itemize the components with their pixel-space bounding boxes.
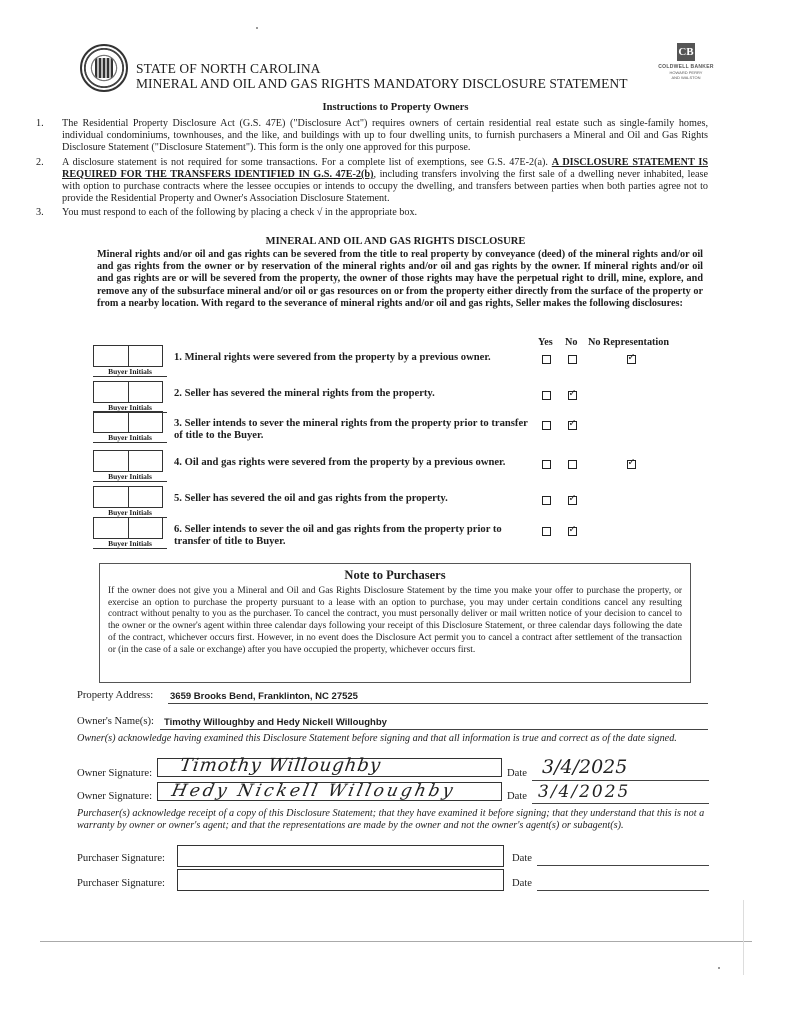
checkbox-no[interactable] [568, 355, 577, 364]
disclosure-row: Buyer Initials3. Seller intends to sever… [93, 411, 713, 447]
checkbox-yes[interactable] [542, 391, 551, 400]
checkbox-yes[interactable] [542, 496, 551, 505]
question-text: 5. Seller has severed the oil and gas ri… [174, 493, 534, 505]
instruction-number: 2. [36, 157, 62, 206]
buyer-initials-box-1[interactable] [94, 412, 128, 432]
question-text: 6. Seller intends to sever the oil and g… [174, 524, 534, 548]
purchaser-date-1[interactable] [537, 852, 709, 866]
purchaser-signature-label: Purchaser Signature: [77, 853, 165, 864]
instruction-text: You must respond to each of the followin… [62, 207, 708, 219]
owner-date-1-value: 3/4/2025 [542, 756, 627, 778]
instruction-text-part: A disclosure statement is not required f… [62, 157, 552, 168]
purchaser-signature-label: Purchaser Signature: [77, 878, 165, 889]
instruction-item: 3. You must respond to each of the follo… [36, 207, 708, 219]
owner-signature-1[interactable]: Timothy Willoughby [157, 758, 502, 777]
nc-state-seal-icon [80, 44, 128, 92]
buyer-initials-box-2[interactable] [128, 346, 163, 366]
scan-edge-divider [743, 900, 744, 975]
buyer-initials-box-1[interactable] [94, 518, 128, 538]
owner-names-value: Timothy Willoughby and Hedy Nickell Will… [164, 717, 387, 728]
question-text: 2. Seller has severed the mineral rights… [174, 388, 534, 400]
owner-signature-2-value: Hedy Nickell Willoughby [170, 781, 458, 801]
scan-speck [256, 27, 258, 29]
instruction-item: 1. The Residential Property Disclosure A… [36, 118, 708, 155]
buyer-initials-box-1[interactable] [94, 382, 128, 402]
owner-signature-2[interactable]: Hedy Nickell Willoughby [157, 782, 502, 801]
buyer-initials-box-2[interactable] [128, 487, 163, 507]
buyer-initials-field[interactable] [93, 450, 163, 472]
checkbox-no[interactable] [568, 496, 577, 505]
property-address-field[interactable]: 3659 Brooks Bend, Franklinton, NC 27525 [168, 690, 708, 704]
purchaser-acknowledgment: Purchaser(s) acknowledge receipt of a co… [77, 808, 709, 832]
note-title: Note to Purchasers [100, 568, 690, 583]
checkbox-yes[interactable] [542, 355, 551, 364]
instructions-list: 1. The Residential Property Disclosure A… [36, 118, 708, 222]
buyer-initials-box-2[interactable] [128, 412, 163, 432]
owner-date-1[interactable]: 3/4/2025 [532, 762, 709, 781]
purchaser-signature-1[interactable] [177, 845, 504, 867]
page-footer-rule [40, 941, 752, 942]
date-label: Date [512, 878, 532, 889]
instruction-number: 1. [36, 118, 62, 155]
checkbox-yes[interactable] [542, 460, 551, 469]
owner-names-field[interactable]: Timothy Willoughby and Hedy Nickell Will… [160, 716, 708, 730]
checkbox-no-representation[interactable] [627, 460, 636, 469]
question-text: 1. Mineral rights were severed from the … [174, 352, 534, 364]
question-text: 4. Oil and gas rights were severed from … [174, 457, 534, 469]
owner-signature-label: Owner Signature: [77, 791, 152, 802]
state-title: STATE OF NORTH CAROLINA [136, 61, 321, 77]
note-to-purchasers: Note to Purchasers If the owner does not… [99, 563, 691, 683]
brokerage-logo-text: COLDWELL BANKER HOWARD PERRY AND WALSTON [650, 64, 722, 80]
checkbox-no[interactable] [568, 527, 577, 536]
date-label: Date [507, 768, 527, 779]
buyer-initials-box-1[interactable] [94, 451, 128, 471]
document-title: MINERAL AND OIL AND GAS RIGHTS MANDATORY… [136, 76, 628, 92]
disclosure-intro: Mineral rights and/or oil and gas rights… [97, 249, 703, 310]
checkbox-yes[interactable] [542, 421, 551, 430]
buyer-initials-box-1[interactable] [94, 346, 128, 366]
buyer-initials-field[interactable] [93, 345, 163, 367]
buyer-initials-box-2[interactable] [128, 518, 163, 538]
owner-signature-1-value: Timothy Willoughby [179, 755, 383, 776]
buyer-initials-label: Buyer Initials [93, 433, 167, 443]
owner-date-2-value: 3/4/2025 [538, 782, 630, 802]
disclosure-heading: MINERAL AND OIL AND GAS RIGHTS DISCLOSUR… [0, 236, 791, 247]
buyer-initials-field[interactable] [93, 517, 163, 539]
checkbox-no[interactable] [568, 391, 577, 400]
buyer-initials-field[interactable] [93, 411, 163, 433]
property-address-value: 3659 Brooks Bend, Franklinton, NC 27525 [170, 691, 358, 702]
instruction-item: 2. A disclosure statement is not require… [36, 157, 708, 206]
logo-sub2: AND WALSTON [650, 75, 722, 80]
buyer-initials-field[interactable] [93, 381, 163, 403]
owner-signature-label: Owner Signature: [77, 768, 152, 779]
checkbox-no[interactable] [568, 421, 577, 430]
property-address-label: Property Address: [77, 690, 153, 701]
buyer-initials-label: Buyer Initials [93, 367, 167, 377]
note-text: If the owner does not give you a Mineral… [108, 586, 682, 656]
instructions-heading: Instructions to Property Owners [0, 102, 791, 113]
disclosure-row: Buyer Initials6. Seller intends to sever… [93, 517, 713, 553]
instruction-text: A disclosure statement is not required f… [62, 157, 708, 206]
buyer-initials-label: Buyer Initials [93, 539, 167, 549]
owner-acknowledgment: Owner(s) acknowledge having examined thi… [77, 733, 709, 745]
checkbox-no[interactable] [568, 460, 577, 469]
owner-names-label: Owner's Name(s): [77, 716, 154, 727]
buyer-initials-field[interactable] [93, 486, 163, 508]
disclosure-row: Buyer Initials1. Mineral rights were sev… [93, 345, 713, 381]
checkbox-no-representation[interactable] [627, 355, 636, 364]
instruction-number: 3. [36, 207, 62, 219]
owner-date-2[interactable]: 3/4/2025 [532, 786, 709, 804]
buyer-initials-label: Buyer Initials [93, 472, 167, 482]
purchaser-signature-2[interactable] [177, 869, 504, 891]
buyer-initials-box-2[interactable] [128, 382, 163, 402]
purchaser-date-2[interactable] [537, 877, 709, 891]
question-text: 3. Seller intends to sever the mineral r… [174, 418, 534, 442]
instruction-text: The Residential Property Disclosure Act … [62, 118, 708, 155]
coldwell-banker-logo-icon: CB [677, 43, 695, 61]
disclosure-row: Buyer Initials4. Oil and gas rights were… [93, 450, 713, 486]
buyer-initials-box-1[interactable] [94, 487, 128, 507]
scan-speck [718, 967, 720, 969]
date-label: Date [512, 853, 532, 864]
buyer-initials-box-2[interactable] [128, 451, 163, 471]
date-label: Date [507, 791, 527, 802]
checkbox-yes[interactable] [542, 527, 551, 536]
